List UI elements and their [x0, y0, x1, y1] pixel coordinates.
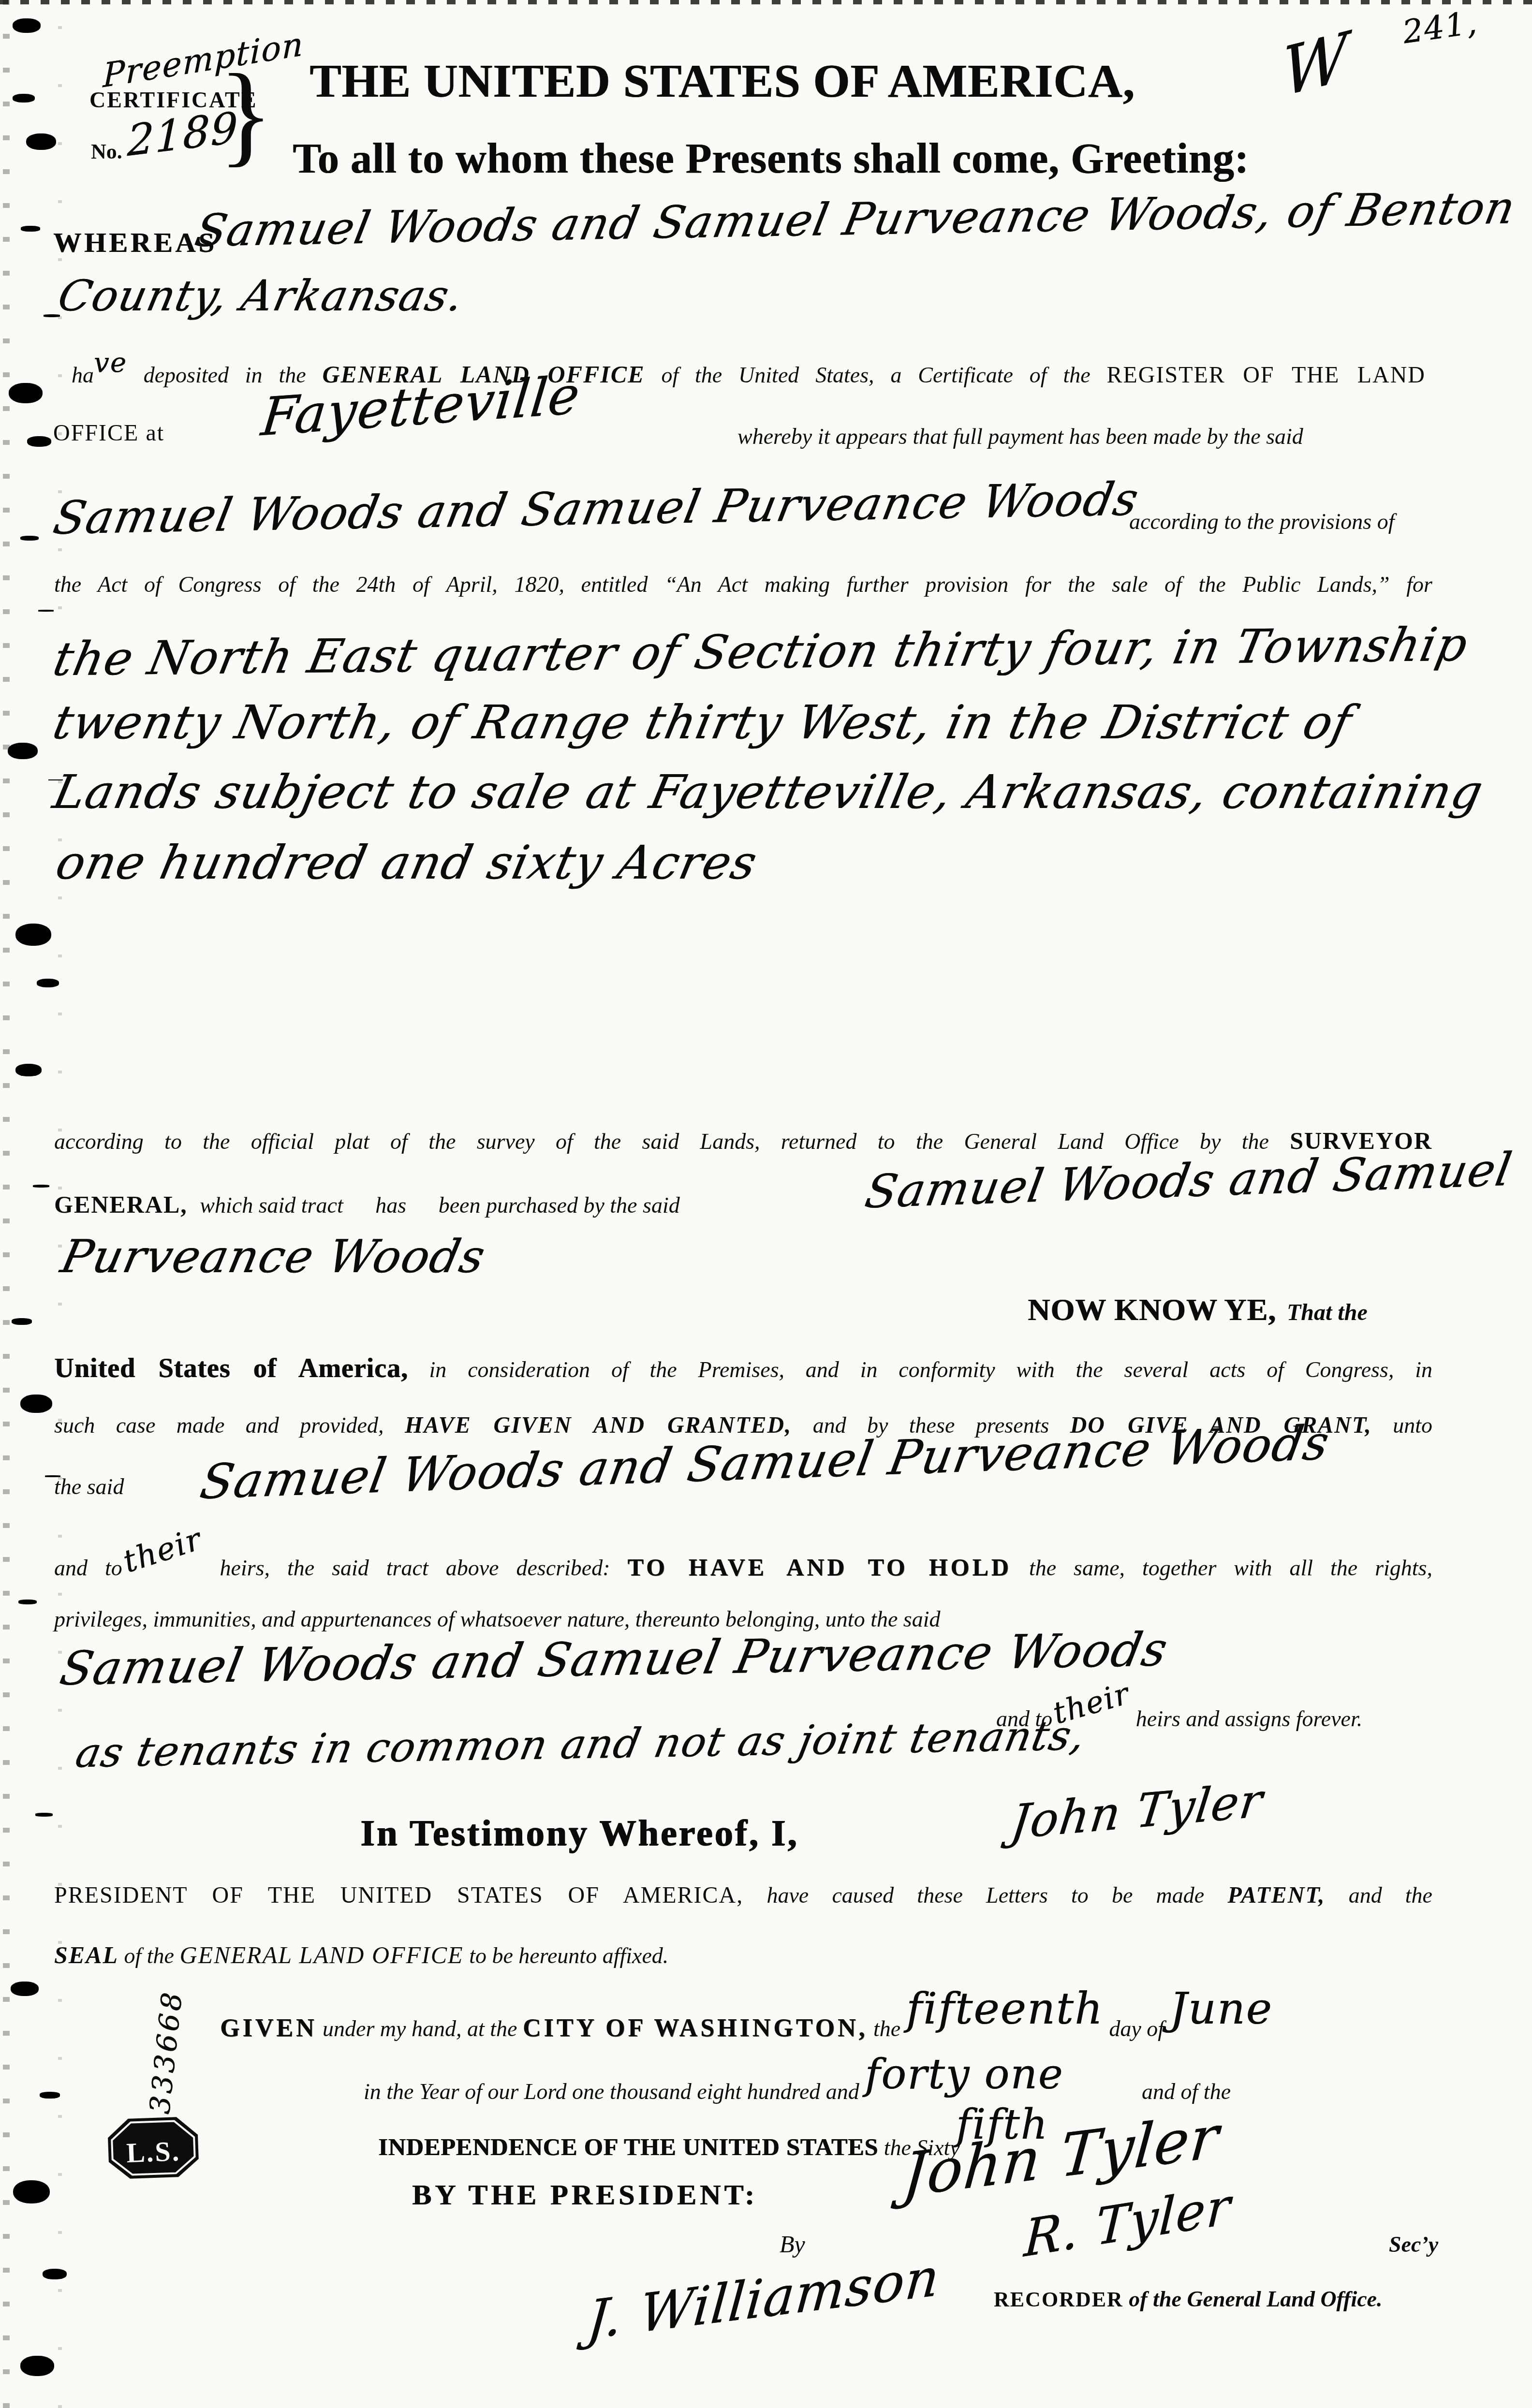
general-land-office: GENERAL LAND OFFICE: [180, 1941, 464, 1968]
ls-seal-octagon: L.S.: [106, 2115, 200, 2181]
day-handwritten: fifteenth: [906, 1983, 1104, 2034]
grantee-names-handwritten: Samuel Woods and Samuel Purveance Woods,…: [191, 182, 1520, 257]
office-at-label: OFFICE at: [53, 420, 164, 446]
day-of: day of: [1109, 2016, 1164, 2041]
has-word: has: [375, 1193, 406, 1218]
and-of-the: and of the: [1142, 2079, 1231, 2104]
scan-noise-streak: [3, 0, 10, 2408]
survey-line-2: GENERAL, which said tract has been purch…: [54, 1190, 680, 1219]
deposit-pre: ha: [72, 363, 94, 387]
president-name-handwritten: John Tyler: [1008, 1773, 1266, 1850]
usa-consideration-line: United States of America, in considerati…: [54, 1353, 1432, 1384]
under-hand-clause: under my hand, at the: [323, 2016, 517, 2041]
land-patent-document: 241, W Preemption CERTIFICATE } No. 2189…: [0, 0, 1532, 2408]
purchased-clause: been purchased by the said: [439, 1193, 680, 1218]
to-have-and-hold-line: and totheir heirs, the said tract above …: [54, 1547, 1432, 1583]
margin-mark: W: [1282, 17, 1349, 112]
caused-clause: have caused these Letters to be made: [766, 1883, 1204, 1908]
such-case: such case made and provided,: [54, 1413, 384, 1438]
year-line: in the Year of our Lord one thousand eig…: [364, 2061, 1231, 2109]
heirs-tract-clause: heirs, the said tract above described:: [220, 1556, 610, 1580]
that-the: That the: [1287, 1300, 1368, 1325]
and-the: and the: [1349, 1883, 1432, 1908]
greeting-line: To all to whom these Presents shall come…: [293, 134, 1249, 183]
of-the: of the: [124, 1943, 174, 1968]
scan-noise-blobs: [13, 18, 41, 33]
land-description-line: one hundred and sixty Acres: [51, 836, 762, 890]
general-label: GENERAL,: [54, 1191, 188, 1218]
deposit-handwritten-ve: ve: [94, 347, 127, 379]
land-description-line: the North East quarter of Section thirty…: [49, 617, 1473, 687]
recorder-caps: RECORDER: [994, 2288, 1123, 2311]
given-line: GIVEN under my hand, at the CITY OF WASH…: [220, 1996, 1273, 2047]
payment-clause: whereby it appears that full payment has…: [737, 424, 1303, 449]
ls-seal: L.S.: [106, 2115, 201, 2183]
land-description-line: Lands subject to sale at Fayetteville, A…: [48, 765, 1488, 819]
grantee-names-handwritten: Samuel Woods and Samuel Purveance Woods: [49, 473, 1144, 545]
the-word: the: [873, 2016, 900, 2041]
grantee-names-handwritten: County, Arkansas.: [54, 271, 469, 321]
seal-word: SEAL: [54, 1941, 118, 1968]
year-handwritten: forty one: [865, 2050, 1063, 2099]
scan-edge-dotted-border: [0, 0, 1532, 4]
ls-seal-label: L.S.: [126, 2135, 181, 2169]
now-know-ye: NOW KNOW YE,: [1028, 1292, 1276, 1327]
affixed-clause: to be hereunto affixed.: [469, 1943, 668, 1968]
certificate-no-label: No.: [91, 139, 122, 164]
by-the-president-label: BY THE PRESIDENT:: [412, 2178, 758, 2212]
deposit-post: of the United States, a Certificate of t…: [661, 363, 1090, 387]
and-to: and to: [54, 1556, 122, 1580]
president-line: PRESIDENT OF THE UNITED STATES OF AMERIC…: [54, 1882, 1432, 1909]
deposit-line: have deposited in the GENERAL LAND OFFIC…: [72, 358, 1426, 389]
document-title: THE UNITED STATES OF AMERICA,: [309, 54, 1135, 108]
tenants-in-common-handwritten: as tenants in common and not as joint te…: [72, 1712, 1090, 1777]
year-printed: in the Year of our Lord one thousand eig…: [364, 2079, 859, 2104]
unto-word: unto: [1393, 1413, 1432, 1438]
seal-line: SEAL of the GENERAL LAND OFFICE to be he…: [54, 1941, 668, 1969]
their-handwritten: their: [118, 1521, 206, 1580]
have-given-granted: HAVE GIVEN AND GRANTED,: [405, 1412, 792, 1438]
city-of-washington: CITY OF WASHINGTON,: [523, 2014, 868, 2042]
consideration-clause: in consideration of the Premises, and in…: [429, 1357, 1433, 1382]
survey-pre: according to the official plat of the su…: [54, 1129, 1269, 1154]
secretary-title: Sec’y: [1389, 2232, 1438, 2257]
which-tract: which said tract: [200, 1193, 343, 1218]
given-word: GIVEN: [220, 2014, 317, 2042]
certificate-type: Preemption: [103, 25, 304, 96]
the-said-label: the said: [54, 1474, 124, 1499]
to-have-and-to-hold: TO HAVE AND TO HOLD: [628, 1554, 1012, 1581]
usa-bold: United States of America,: [54, 1353, 408, 1383]
provisions-clause: according to the provisions of: [1129, 509, 1395, 534]
document-number-vertical: 333668: [143, 1988, 189, 2115]
grantee-names-handwritten: Samuel Woods and Samuel Purveance Woods: [56, 1622, 1172, 1696]
register-of-land: REGISTER OF THE LAND: [1107, 362, 1426, 388]
survey-line-1: according to the official plat of the su…: [54, 1127, 1432, 1155]
by-label: By: [780, 2230, 805, 2258]
recorder-rest: of the General Land Office.: [1129, 2287, 1382, 2311]
month-handwritten: June: [1170, 1983, 1273, 2034]
deposit-mid: deposited in the: [144, 363, 306, 387]
purchaser-names-handwritten: Purveance Woods: [56, 1231, 490, 1283]
same-rights-clause: the same, together with all the rights,: [1029, 1556, 1432, 1580]
patent-word: PATENT,: [1227, 1882, 1325, 1908]
now-know-ye-line: NOW KNOW YE, That the: [1028, 1292, 1368, 1328]
page-number: 241,: [1400, 4, 1479, 51]
land-description-line: twenty North, of Range thirty West, in t…: [48, 695, 1357, 749]
recorder-title-line: RECORDER of the General Land Office.: [994, 2286, 1383, 2312]
independence-words: INDEPENDENCE OF THE UNITED STATES: [378, 2133, 878, 2160]
act-of-congress-line: the Act of Congress of the 24th of April…: [54, 572, 1432, 597]
president-of-usa: PRESIDENT OF THE UNITED STATES OF AMERIC…: [54, 1882, 743, 1908]
recorder-signature: J. Williamson: [585, 2246, 942, 2351]
forever-clause: heirs and assigns forever.: [1136, 1706, 1363, 1731]
in-testimony-whereof: In Testimony Whereof, I,: [360, 1812, 798, 1854]
